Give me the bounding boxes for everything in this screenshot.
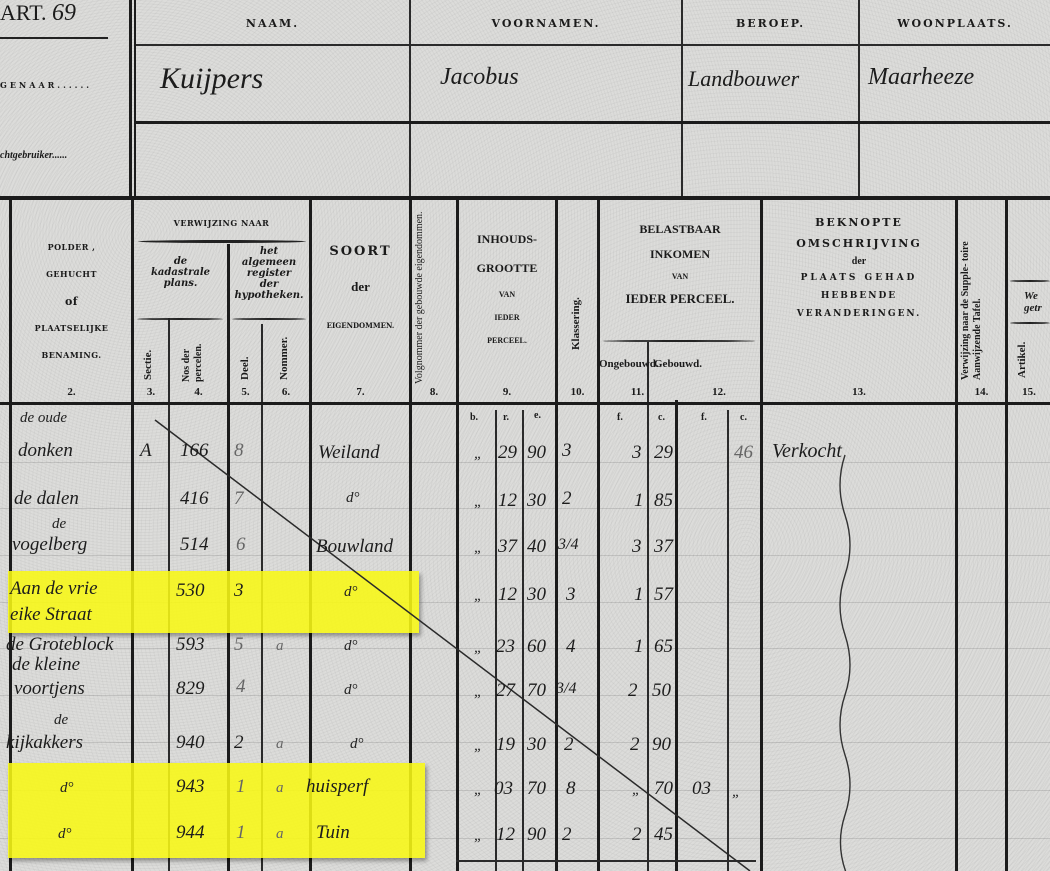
row-b: „ [474, 446, 482, 463]
row-ong-f: „ [632, 782, 640, 799]
table-row: de oude donken A 166 8 Weiland „ 29 90 3… [0, 404, 1050, 464]
row-r: 37 [498, 536, 517, 558]
row-perceel: 943 [176, 776, 205, 798]
row-benaming-line2: eike Straat [10, 604, 92, 626]
row-ong-c: 70 [654, 778, 673, 800]
row-ong-f: 3 [632, 442, 642, 464]
row-soort: Tuin [316, 822, 350, 844]
row-r: 19 [496, 734, 515, 756]
table-row: de kleine voortjens 829 4 d° „ 27 70 3/4… [0, 652, 1050, 708]
row-benaming-line1: de [52, 516, 66, 533]
row-soort: Weiland [318, 442, 380, 464]
row-perceel: 514 [180, 534, 209, 556]
row-ong-c: 90 [652, 734, 671, 756]
row-sectie: A [140, 440, 152, 462]
row-benaming-line2: vogelberg [12, 534, 87, 556]
table-row: d° 943 1 a huisperf „ 03 70 8 „ 70 03 „ [0, 770, 1050, 810]
row-benaming-line1: Aan de vrie [10, 578, 98, 600]
row-ong-f: 2 [628, 680, 638, 702]
row-b: „ [474, 782, 482, 799]
row-klasse: 3/4 [556, 680, 576, 698]
row-e: 70 [527, 778, 546, 800]
row-r: 12 [496, 824, 515, 846]
row-soort: Bouwland [316, 536, 393, 558]
row-soort: d° [350, 736, 364, 753]
row-klasse: 2 [562, 824, 572, 846]
row-soort: huisperf [306, 776, 368, 798]
row-ong-f: 2 [630, 734, 640, 756]
row-soort: d° [344, 682, 358, 699]
row-e: 70 [527, 680, 546, 702]
table-row: de vogelberg 514 6 Bouwland „ 37 40 3/4 … [0, 504, 1050, 570]
row-deel: 6 [236, 534, 246, 556]
row-deel: 1 [236, 822, 246, 844]
row-omschrijving: Verkocht [772, 440, 842, 463]
row-ong-f: 2 [632, 824, 642, 846]
row-perceel: 940 [176, 732, 205, 754]
row-klasse: 3/4 [558, 536, 578, 554]
row-klasse: 3 [566, 584, 576, 606]
row-r: 03 [494, 778, 513, 800]
row-e: 30 [527, 734, 546, 756]
row-e: 90 [527, 442, 546, 464]
row-klasse: 2 [564, 734, 574, 756]
row-ong-c: 29 [654, 442, 673, 464]
row-nommer: a [276, 826, 284, 843]
row-ong-c: 45 [654, 824, 673, 846]
row-nommer: a [276, 780, 284, 797]
row-perceel: 166 [180, 440, 209, 462]
row-b: „ [474, 684, 482, 701]
row-r: 29 [498, 442, 517, 464]
row-r: 27 [496, 680, 515, 702]
row-b: „ [474, 588, 482, 605]
row-ong-c: 50 [652, 680, 671, 702]
row-geb-c: 46 [734, 442, 753, 464]
row-benaming-line1: d° [60, 780, 74, 797]
table-row: d° 944 1 a Tuin „ 12 90 2 2 45 [0, 816, 1050, 856]
row-klasse: 3 [562, 440, 572, 462]
row-klasse: 8 [566, 778, 576, 800]
row-deel: 4 [236, 676, 246, 698]
row-deel: 1 [236, 776, 246, 798]
row-perceel: 530 [176, 580, 205, 602]
row-ong-c: 37 [654, 536, 673, 558]
row-benaming-line2: voortjens [14, 678, 85, 700]
row-b: „ [474, 738, 482, 755]
row-r: 12 [498, 584, 517, 606]
row-benaming-line1: de [54, 712, 68, 729]
row-ong-f: 3 [632, 536, 642, 558]
row-b: „ [474, 828, 482, 845]
register-page: ART. 69 GENAAR...... chtgebruiker...... … [0, 0, 1050, 871]
row-benaming-line1: de kleine [12, 654, 80, 676]
row-e: 40 [527, 536, 546, 558]
row-e: 30 [527, 584, 546, 606]
row-perceel: 829 [176, 678, 205, 700]
row-deel: 2 [234, 732, 244, 754]
row-benaming-line1: de oude [20, 410, 67, 427]
row-deel: 8 [234, 440, 244, 462]
row-deel: 3 [234, 580, 244, 602]
table-row: Aan de vrie eike Straat 530 3 d° „ 12 30… [0, 572, 1050, 632]
row-benaming-line2: kijkakkers [6, 732, 83, 754]
row-e: 90 [527, 824, 546, 846]
row-b: „ [474, 540, 482, 557]
table-row: de kijkakkers 940 2 a d° „ 19 30 2 2 90 [0, 708, 1050, 764]
row-perceel: 944 [176, 822, 205, 844]
row-ong-f: 1 [634, 584, 644, 606]
row-geb-f: 03 [692, 778, 711, 800]
row-soort: d° [344, 584, 358, 601]
row-geb-c: „ [732, 784, 740, 801]
row-ong-c: 57 [654, 584, 673, 606]
row-nommer: a [276, 736, 284, 753]
row-benaming-line2: donken [18, 440, 73, 462]
row-benaming-line1: d° [58, 826, 72, 843]
